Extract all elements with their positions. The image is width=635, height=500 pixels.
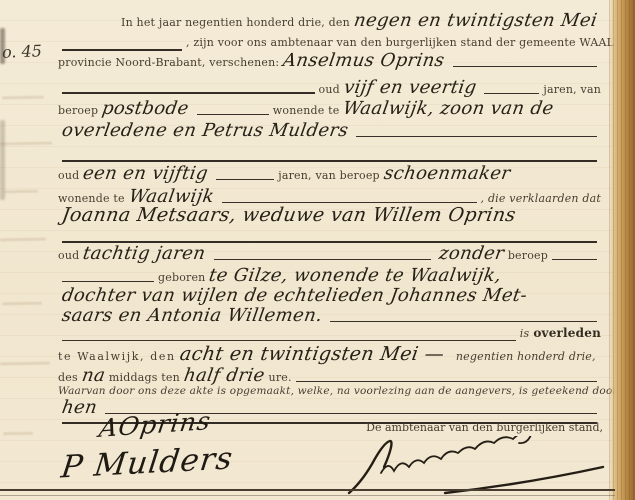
bleedthrough-text bbox=[2, 302, 42, 306]
printed-jaren-van-label: jaren, van bbox=[543, 83, 601, 96]
line-death-date: te Waalwijk, den acht en twintigsten Mei… bbox=[58, 345, 601, 365]
handwritten-declarant2-name: overledene en Petrus Mulders bbox=[57, 122, 354, 140]
handwritten-death-date: acht en twintigsten Mei — bbox=[174, 345, 449, 364]
handwritten-birthplace-residence: te Gilze, wonende te Waalwijk, bbox=[204, 267, 507, 285]
rule-fill bbox=[330, 321, 597, 322]
book-page-edge bbox=[609, 0, 635, 500]
printed-ure-label: ure. bbox=[269, 371, 292, 384]
bottom-page-rule bbox=[0, 489, 615, 496]
printed-wonende-label: wonende te bbox=[273, 104, 340, 117]
rule-fill bbox=[552, 259, 597, 260]
printed-year-text: In het jaar negentien honderd drie, den bbox=[121, 16, 350, 29]
bleedthrough-text bbox=[4, 190, 38, 194]
printed-overleden-label: overleden bbox=[533, 326, 601, 340]
rule-fill bbox=[296, 381, 597, 382]
declarant2-signature: P Mulders bbox=[59, 444, 234, 484]
handwritten-parents-text: dochter van wijlen de echtelieden Johann… bbox=[57, 287, 533, 305]
line-birthplace: geboren te Gilze, wonende te Waalwijk, bbox=[58, 267, 601, 287]
bleedthrough-text bbox=[0, 362, 50, 366]
printed-geboren-label: geboren bbox=[158, 271, 205, 284]
printed-jaren-beroep-label: jaren, van beroep bbox=[278, 169, 380, 182]
rule-fill bbox=[62, 281, 154, 282]
printed-te-waalwijk-den: te Waalwijk, den bbox=[58, 350, 176, 363]
printed-des-label: des bbox=[58, 371, 78, 384]
rule-fill bbox=[62, 49, 182, 51]
line-deceased-age: oud tachtig jaren zonder beroep bbox=[58, 245, 601, 265]
printed-oud-label: oud bbox=[58, 169, 79, 182]
bleedthrough-text bbox=[0, 142, 52, 146]
line-declarant1-occupation: beroep postbode wonende te Waalwijk, zoo… bbox=[58, 100, 601, 120]
handwritten-deceased-name: Joanna Metsaars, weduwe van Willem Oprin… bbox=[56, 206, 521, 225]
handwritten-occupation: postbode bbox=[97, 100, 194, 118]
line-year-date: In het jaar negentien honderd drie, den … bbox=[58, 12, 601, 32]
printed-closing-clause: Waarvan door ons deze akte is opgemaakt,… bbox=[58, 385, 635, 397]
printed-year-suffix: negentien honderd drie, bbox=[456, 350, 596, 363]
line-parents-1: dochter van wijlen de echtelieden Johann… bbox=[58, 287, 601, 307]
rule-fill bbox=[484, 93, 539, 94]
printed-beroep-label: beroep bbox=[508, 249, 548, 262]
handwritten-time: half drie bbox=[178, 367, 269, 385]
handwritten-declarant2-age: een en vijftig bbox=[78, 165, 214, 183]
handwritten-declarant1-age: vijf en veertig bbox=[338, 79, 481, 97]
rule-fill bbox=[62, 340, 516, 341]
rule-fill bbox=[62, 160, 597, 162]
bleedthrough-text bbox=[3, 432, 33, 436]
rule-fill bbox=[222, 202, 477, 203]
handwritten-declarant2-occupation: schoenmaker bbox=[378, 165, 515, 183]
bleedthrough-text bbox=[0, 238, 46, 242]
official-signature-flourish bbox=[345, 436, 615, 496]
handwritten-declarant1-name: Anselmus Oprins bbox=[278, 52, 450, 70]
printed-province-text: provincie Noord-Brabant, verschenen: bbox=[58, 56, 279, 69]
line-declarant1-age: oud vijf en veertig jaren, van bbox=[58, 79, 601, 99]
line-parents-2: saars en Antonia Willemen. bbox=[58, 307, 601, 327]
line-declarant2-name: overledene en Petrus Mulders bbox=[58, 122, 601, 142]
line-death-time: des na middags ten half drie ure. bbox=[58, 367, 601, 387]
bleedthrough-text bbox=[2, 96, 44, 100]
rule-fill bbox=[453, 66, 597, 67]
declarant1-signature: AOprins bbox=[98, 408, 213, 441]
printed-is-label: is bbox=[520, 327, 530, 340]
rule-fill bbox=[216, 179, 274, 180]
printed-oud-label: oud bbox=[319, 83, 340, 96]
page-edge-smudge bbox=[0, 120, 5, 200]
line-deceased-name: Joanna Metsaars, weduwe van Willem Oprin… bbox=[58, 206, 601, 226]
death-record-scan: o. 45 In het jaar negentien honderd drie… bbox=[0, 0, 635, 500]
handwritten-residence-relation: Waalwijk, zoon van de bbox=[338, 100, 559, 118]
line-declarant2-age-occupation: oud een en vijftig jaren, van beroep sch… bbox=[58, 165, 601, 185]
printed-official-text: , zijn voor ons ambtenaar van den burger… bbox=[186, 36, 635, 49]
rule-fill bbox=[356, 136, 597, 137]
handwritten-na: na bbox=[76, 367, 110, 385]
line-declarant1-name: provincie Noord-Brabant, verschenen: Ans… bbox=[58, 52, 601, 72]
rule-fill bbox=[62, 92, 315, 94]
rule-fill bbox=[214, 259, 431, 260]
printed-oud-label: oud bbox=[58, 249, 79, 262]
handwritten-date: negen en twintigsten Mei bbox=[348, 12, 602, 30]
handwritten-zonder: zonder bbox=[433, 245, 509, 263]
printed-beroep-label: beroep bbox=[58, 104, 98, 117]
handwritten-parents-text-cont: saars en Antonia Willemen. bbox=[57, 307, 328, 325]
rule-fill bbox=[197, 114, 269, 115]
printed-middags-ten: middags ten bbox=[109, 371, 180, 384]
act-number: o. 45 bbox=[2, 41, 43, 61]
handwritten-deceased-age: tachtig jaren bbox=[78, 245, 211, 263]
official-title-label: De ambtenaar van den burgerlijken stand, bbox=[366, 421, 603, 434]
